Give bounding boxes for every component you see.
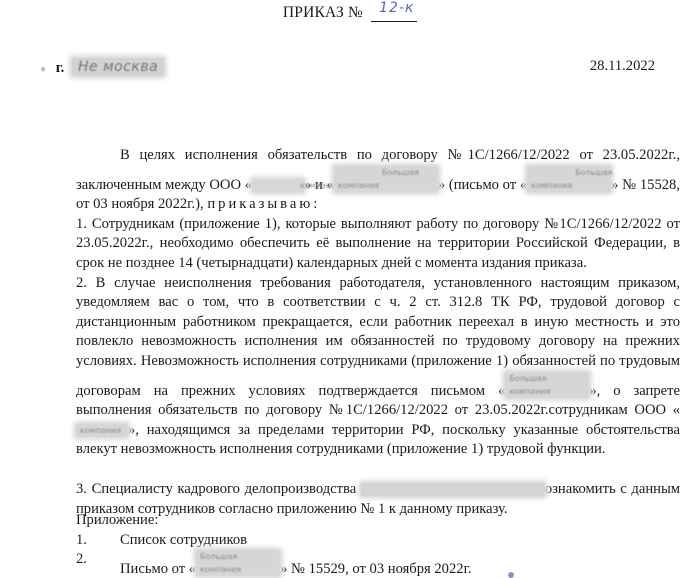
item-2-paragraph: 2. В случае неисполнения требования рабо… xyxy=(76,274,680,460)
item-2-text: », находящимся за пределами территории Р… xyxy=(76,422,680,458)
ink-mark xyxy=(508,572,514,578)
redacted-company-big: Большая компания xyxy=(334,166,438,192)
appendix-section: Приложение: 1. Список сотрудников 2. Пис… xyxy=(76,511,472,578)
appendix-heading: Приложение: xyxy=(76,511,472,531)
appendix-text: Список сотрудников xyxy=(120,531,247,551)
preamble-paragraph: В целях исполнения обязательств по догов… xyxy=(76,146,680,215)
dot-mark: ● xyxy=(40,64,46,75)
handwritten-order-number: 12-к xyxy=(379,0,414,16)
title-text: ПРИКАЗ № xyxy=(283,4,363,21)
document-body: В целях исполнения обязательств по догов… xyxy=(76,146,680,519)
appendix-entry: 2. Письмо от «Большая компания» № 15529,… xyxy=(76,550,472,578)
order-number-field: 12-к xyxy=(371,3,417,22)
city-line: ● г. Не москва xyxy=(40,58,164,77)
order-document: ПРИКАЗ № 12-к ● г. Не москва 28.11.2022 … xyxy=(0,0,700,578)
redacted-person-name: ФИО специалиста xyxy=(361,483,545,496)
redacted-company-big: Большая компания xyxy=(527,166,611,192)
appendix-text: » № 15529, от 03 ноября 2022г. xyxy=(280,561,471,577)
redacted-city: Не москва xyxy=(72,58,164,76)
appendix-index: 1. xyxy=(76,531,120,551)
redacted-company-big: Большая компания xyxy=(505,372,589,398)
document-date: 28.11.2022 xyxy=(590,58,655,75)
redacted-company: компания xyxy=(76,424,128,437)
item-2-text: 2. В случае неисполнения требования рабо… xyxy=(76,275,680,399)
city-prefix: г. xyxy=(56,60,65,76)
appendix-index: 2. xyxy=(76,550,120,578)
spacer xyxy=(76,460,680,480)
preamble-text: » (письмо от « xyxy=(438,177,527,193)
redacted-company-big: Большая компания xyxy=(196,550,280,576)
document-title: ПРИКАЗ № 12-к xyxy=(0,3,700,22)
appendix-entry: 1. Список сотрудников xyxy=(76,531,472,551)
item-1-paragraph: 1. Сотрудникам (приложение 1), которые в… xyxy=(76,215,680,274)
redacted-company: компания xyxy=(252,179,304,192)
orders-word: приказываю: xyxy=(207,196,320,212)
item-3-text: 3. Специалисту кадрового делопроизводств… xyxy=(76,481,361,497)
appendix-text: Письмо от « xyxy=(120,561,196,577)
